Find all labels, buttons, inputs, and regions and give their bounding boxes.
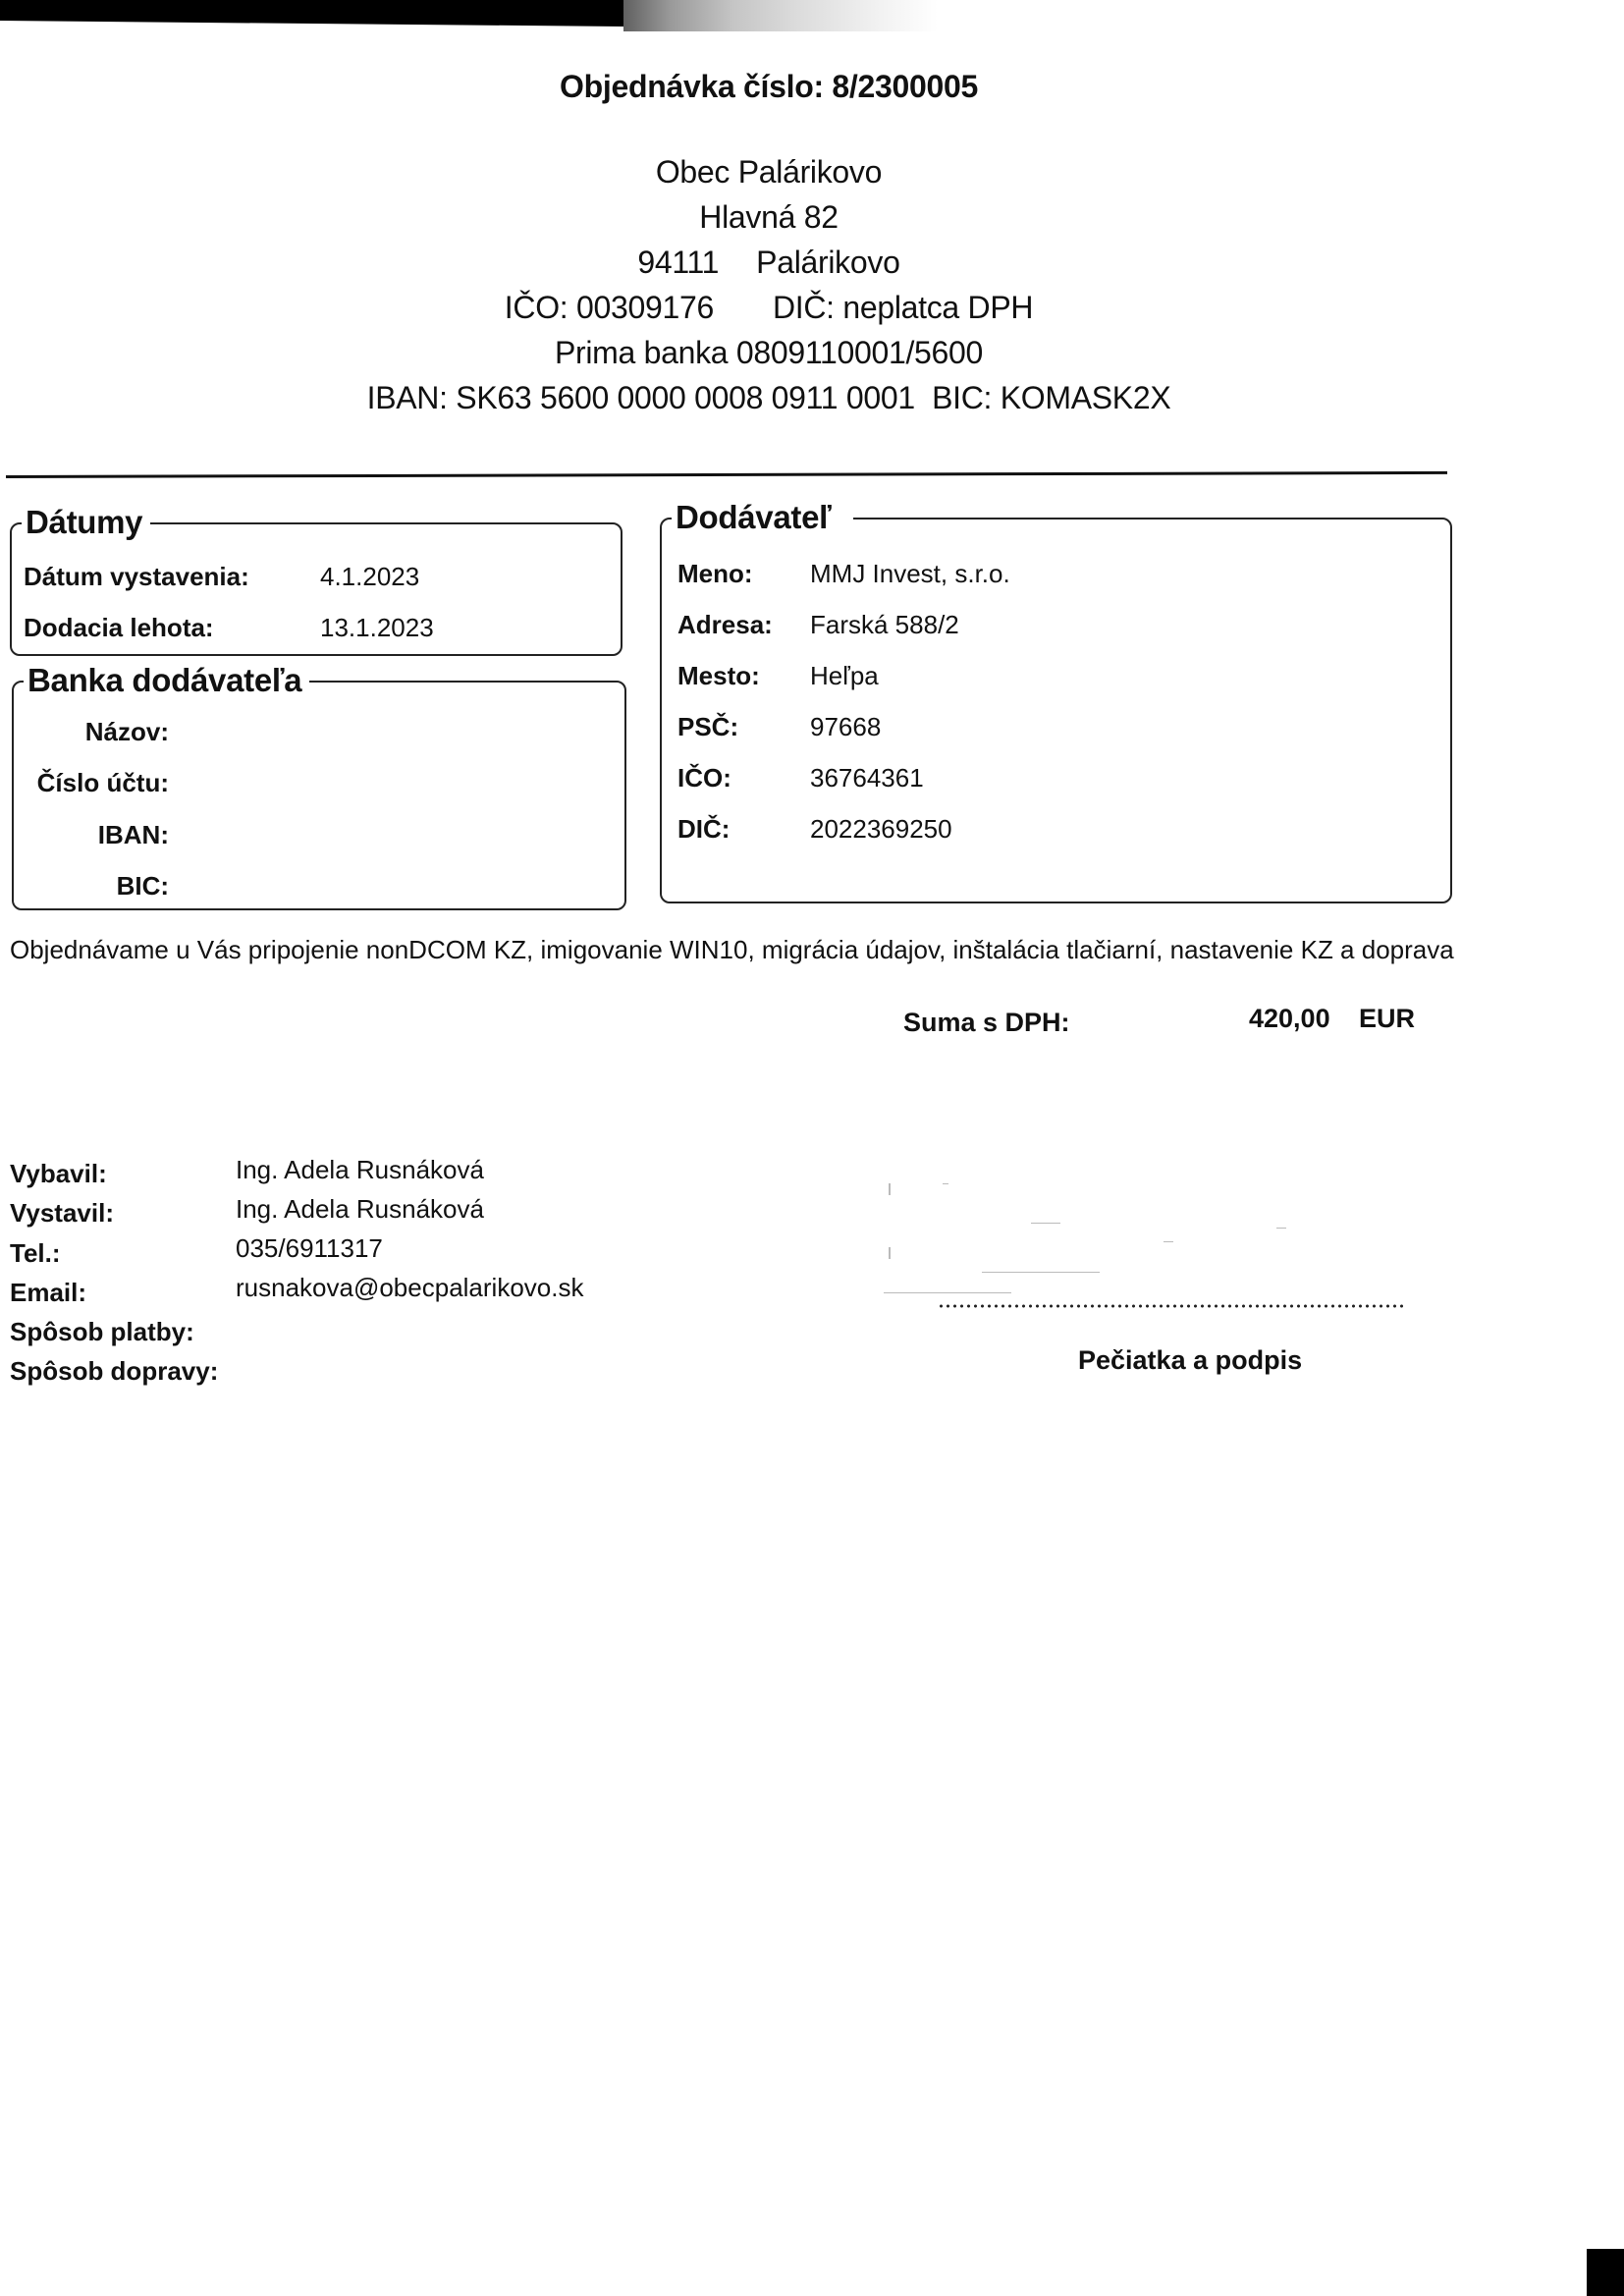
- supplier-value: MMJ Invest, s.r.o.: [810, 559, 1010, 589]
- date-label: Dodacia lehota:: [24, 613, 214, 643]
- sum-currency: EUR: [1359, 1004, 1415, 1034]
- issuer-city: Palárikovo: [756, 245, 899, 280]
- contact-label: Tel.:: [10, 1238, 61, 1269]
- supplier-label: Meno:: [677, 559, 753, 589]
- order-description: Objednávame u Vás pripojenie nonDCOM KZ,…: [10, 935, 1463, 965]
- date-label: Dátum vystavenia:: [24, 562, 249, 592]
- signature-label: Pečiatka a podpis: [1078, 1345, 1302, 1376]
- contact-label: Vybavil:: [10, 1159, 107, 1189]
- issuer-zip-city: 94111Palárikovo: [0, 240, 1538, 285]
- issuer-bank: Prima banka 0809110001/5600: [0, 330, 1538, 375]
- stamp-residue: [1164, 1241, 1173, 1242]
- stamp-residue: [889, 1247, 891, 1259]
- scan-artifact-top-fade: [623, 0, 938, 31]
- contact-value: 035/6911317: [236, 1233, 383, 1264]
- issuer-ico: IČO: 00309176: [505, 290, 714, 325]
- contact-label: Spôsob dopravy:: [10, 1356, 218, 1387]
- supplier-label: Mesto:: [677, 661, 760, 691]
- supplier-bank-legend: Banka dodávateľa: [24, 661, 309, 700]
- sum-value: 420,00: [1249, 1004, 1330, 1034]
- issuer-iban-bic: IBAN: SK63 5600 0000 0008 0911 0001 BIC:…: [0, 375, 1538, 420]
- supplier-label: PSČ:: [677, 712, 738, 742]
- bank-name-label: Názov:: [14, 717, 169, 747]
- contact-label: Email:: [10, 1278, 86, 1308]
- header-divider: [6, 471, 1447, 478]
- signature-line: [938, 1304, 1404, 1308]
- supplier-label: IČO:: [677, 763, 731, 793]
- supplier-value: Heľpa: [810, 661, 879, 691]
- supplier-legend: Dodávateľ: [672, 498, 853, 537]
- contact-label: Vystavil:: [10, 1198, 114, 1229]
- issuer-bic: BIC: KOMASK2X: [932, 380, 1170, 415]
- dates-legend: Dátumy: [22, 503, 150, 542]
- issuer-street: Hlavná 82: [0, 194, 1538, 240]
- supplier-label: Adresa:: [677, 610, 773, 640]
- bank-account-label: Číslo účtu:: [14, 768, 169, 798]
- stamp-residue: [1031, 1223, 1060, 1224]
- issuer-iban: IBAN: SK63 5600 0000 0008 0911 0001: [367, 380, 915, 415]
- date-value: 4.1.2023: [320, 562, 419, 592]
- issuer-name: Obec Palárikovo: [0, 149, 1538, 194]
- dates-box: Dátumy Dátum vystavenia: 4.1.2023 Dodaci…: [10, 522, 623, 656]
- contact-label: Spôsob platby:: [10, 1317, 194, 1347]
- date-value: 13.1.2023: [320, 613, 434, 643]
- document-title: Objednávka číslo: 8/2300005: [0, 69, 1538, 105]
- supplier-value: Farská 588/2: [810, 610, 959, 640]
- issuer-ids: IČO: 00309176DIČ: neplatca DPH: [0, 285, 1538, 330]
- scan-artifact-top-bar: [0, 0, 623, 27]
- supplier-value: 36764361: [810, 763, 924, 793]
- issuer-zip: 94111: [637, 245, 719, 280]
- stamp-residue: [943, 1183, 948, 1184]
- stamp-residue: [889, 1183, 891, 1195]
- contact-value: Ing. Adela Rusnáková: [236, 1194, 484, 1225]
- supplier-bank-box: Banka dodávateľa Názov: Číslo účtu: IBAN…: [12, 681, 626, 910]
- issuer-header: Obec Palárikovo Hlavná 82 94111Palárikov…: [0, 149, 1538, 420]
- stamp-residue: [982, 1272, 1100, 1273]
- stamp-residue: [1276, 1228, 1286, 1229]
- issuer-dic: DIČ: neplatca DPH: [773, 290, 1033, 325]
- contact-value: Ing. Adela Rusnáková: [236, 1155, 484, 1185]
- supplier-value: 97668: [810, 712, 881, 742]
- sum-label: Suma s DPH:: [903, 1008, 1070, 1038]
- contact-value[interactable]: rusnakova@obecpalarikovo.sk: [236, 1273, 583, 1303]
- supplier-value: 2022369250: [810, 814, 952, 845]
- supplier-box: Dodávateľ Meno: MMJ Invest, s.r.o. Adres…: [660, 518, 1452, 903]
- bank-iban-label: IBAN:: [14, 820, 169, 850]
- bank-bic-label: BIC:: [14, 871, 169, 902]
- scan-artifact-corner: [1587, 2249, 1624, 2296]
- supplier-label: DIČ:: [677, 814, 730, 845]
- stamp-residue: [884, 1292, 1011, 1293]
